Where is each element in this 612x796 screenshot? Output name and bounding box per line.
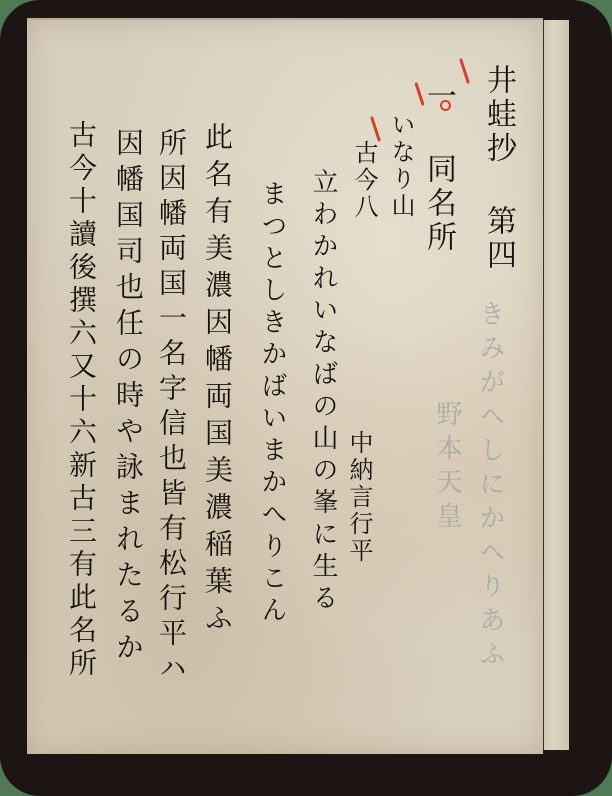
text-column: 古今十讀後撰六又十六新古三有此名所 — [67, 120, 95, 681]
text-column: 一 同名所 — [423, 80, 453, 255]
bleed-through-text: 野本天皇 — [429, 400, 466, 536]
author-column: 中納言行平 — [347, 430, 371, 565]
text-column: 所因幡両国一名字信也皆有松行平ハ — [157, 128, 185, 688]
text-column: 古今八 — [352, 140, 376, 221]
red-correction-mark — [459, 58, 470, 84]
text-column: いなり山 — [389, 112, 413, 220]
text-column: まつとしきかばいまかへりこん — [259, 180, 285, 628]
manuscript-page: きみがへしにかへりあふ 野本天皇 井蛙抄 第四 一 同名所 いなり山 古今八 立… — [27, 18, 543, 754]
title-column: 井蛙抄 第四 — [483, 64, 513, 273]
text-column: 因幡国司也任の時や詠まれたるか — [114, 128, 142, 668]
red-correction-mark — [370, 116, 381, 142]
binding-strip — [543, 20, 569, 750]
text-column: 立わかれいなばの山の峯に生る — [310, 168, 336, 616]
text-column: 此名有美濃因幡両国美濃稲葉ふ — [203, 122, 231, 640]
bleed-through-text: きみがへしにかへりあふ — [472, 300, 509, 674]
